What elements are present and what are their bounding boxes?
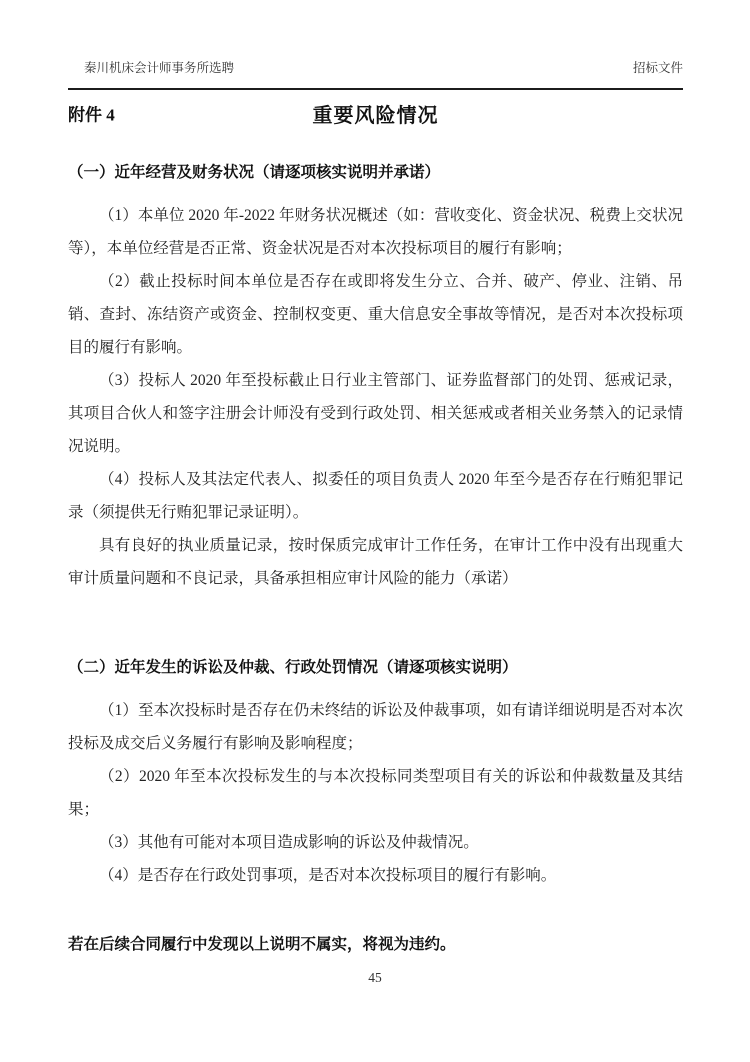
- section-2-paragraph-1: （1）至本次投标时是否存在仍未终结的诉讼及仲裁事项，如有请详细说明是否对本次投标…: [68, 694, 683, 760]
- page-title: 重要风险情况: [313, 99, 439, 128]
- section-2-body: （1）至本次投标时是否存在仍未终结的诉讼及仲裁事项，如有请详细说明是否对本次投标…: [68, 694, 683, 892]
- header-right-text: 招标文件: [633, 58, 683, 76]
- header-left-text: 秦川机床会计师事务所选聘: [84, 58, 234, 76]
- attachment-label: 附件 4: [68, 101, 115, 126]
- section-2-paragraph-3: （3）其他有可能对本项目造成影响的诉讼及仲裁情况。: [68, 826, 683, 859]
- title-row: 附件 4 重要风险情况: [68, 96, 683, 130]
- section-1-heading: （一）近年经营及财务状况（请逐项核实说明并承诺）: [68, 156, 683, 189]
- page-number: 45: [0, 970, 750, 986]
- section-1-paragraph-3: （3）投标人 2020 年至投标截止日行业主管部门、证券监督部门的处罚、惩戒记录…: [68, 364, 683, 463]
- footer-statement: 若在后续合同履行中发现以上说明不属实，将视为违约。: [68, 928, 683, 961]
- document-page: 秦川机床会计师事务所选聘 招标文件 附件 4 重要风险情况 （一）近年经营及财务…: [0, 0, 750, 1062]
- section-2-paragraph-4: （4）是否存在行政处罚事项，是否对本次投标项目的履行有影响。: [68, 859, 683, 892]
- section-2-paragraph-2: （2）2020 年至本次投标发生的与本次投标同类型项目有关的诉讼和仲裁数量及其结…: [68, 760, 683, 826]
- section-operating-financial-status: （一）近年经营及财务状况（请逐项核实说明并承诺） （1）本单位 2020 年-2…: [68, 156, 683, 595]
- section-1-paragraph-1: （1）本单位 2020 年-2022 年财务状况概述（如：营收变化、资金状况、税…: [68, 199, 683, 265]
- section-1-paragraph-4: （4）投标人及其法定代表人、拟委任的项目负责人 2020 年至今是否存在行贿犯罪…: [68, 463, 683, 529]
- section-1-paragraph-5: 具有良好的执业质量记录，按时保质完成审计工作任务，在审计工作中没有出现重大审计质…: [68, 529, 683, 595]
- section-litigation-penalties: （二）近年发生的诉讼及仲裁、行政处罚情况（请逐项核实说明） （1）至本次投标时是…: [68, 651, 683, 892]
- section-1-paragraph-2: （2）截止投标时间本单位是否存在或即将发生分立、合并、破产、停业、注销、吊销、查…: [68, 265, 683, 364]
- section-1-body: （1）本单位 2020 年-2022 年财务状况概述（如：营收变化、资金状况、税…: [68, 199, 683, 595]
- page-header: 秦川机床会计师事务所选聘 招标文件: [68, 58, 683, 90]
- section-2-heading: （二）近年发生的诉讼及仲裁、行政处罚情况（请逐项核实说明）: [68, 651, 683, 684]
